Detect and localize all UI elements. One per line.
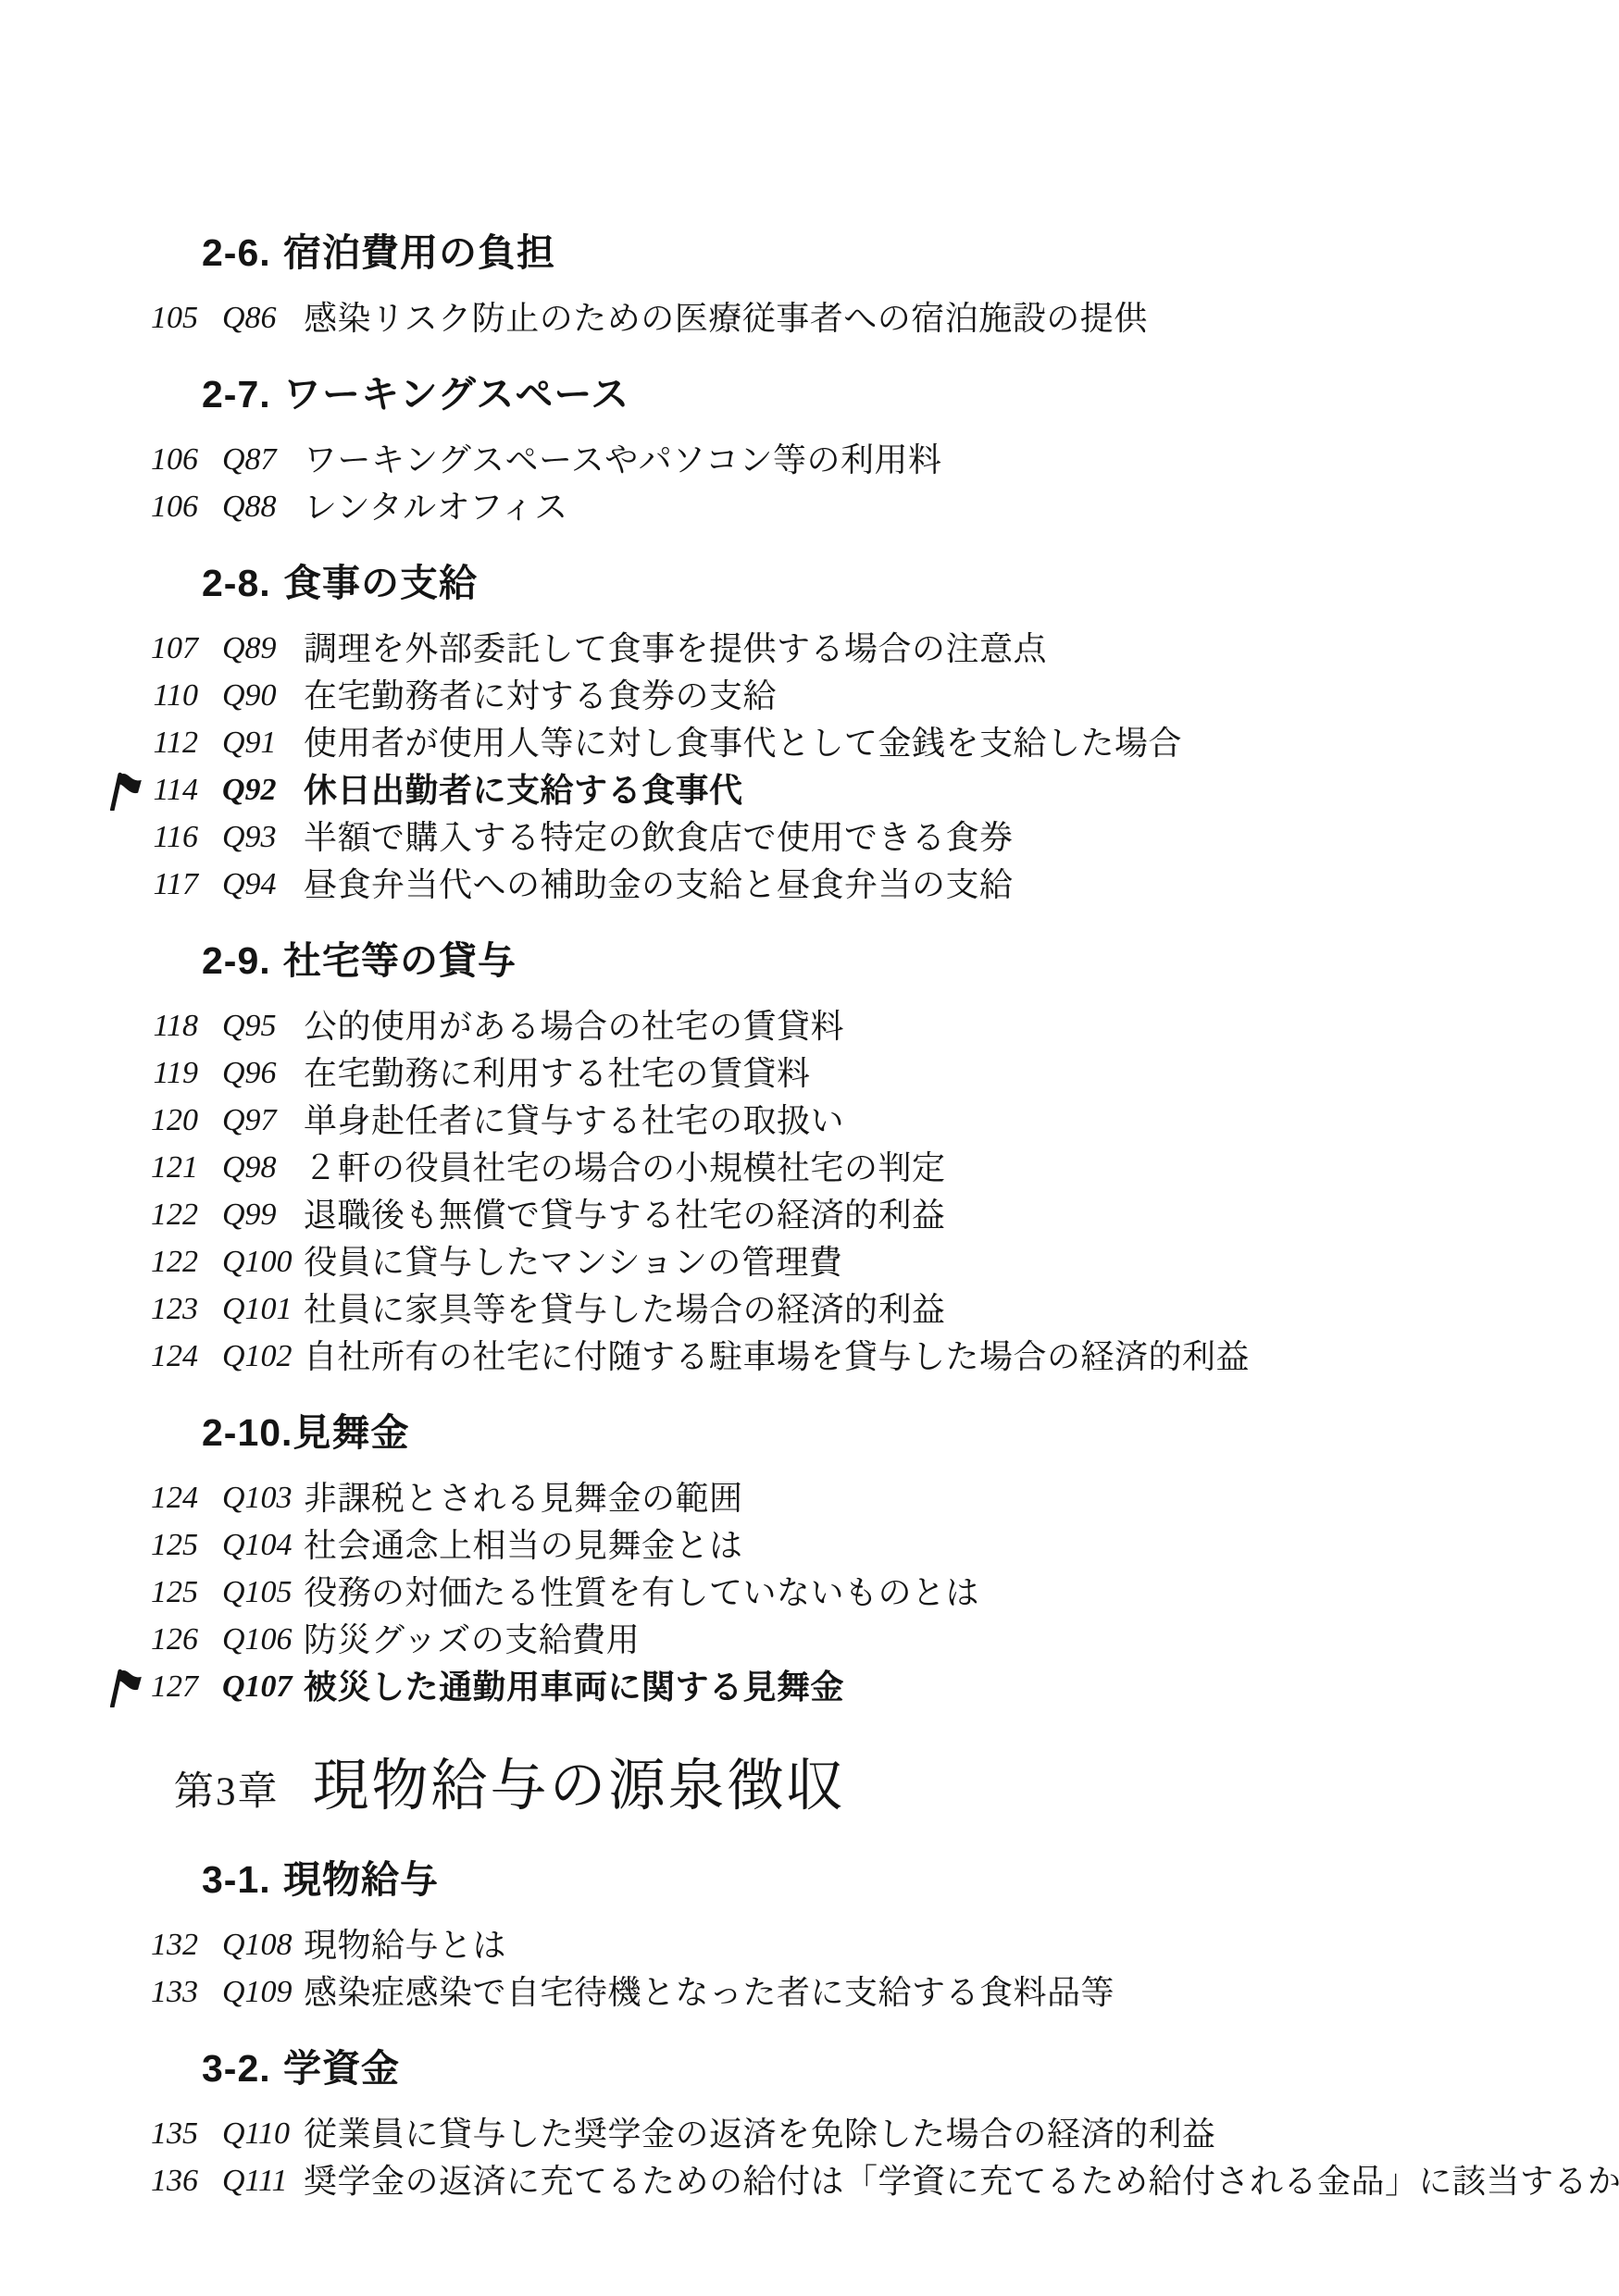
toc-entry: 110Q90在宅勤務者に対する食券の支給 bbox=[0, 672, 1619, 719]
toc-entry: 136Q111奨学金の返済に充てるための給付は「学資に充てるため給付される金品」… bbox=[0, 2157, 1619, 2204]
toc-entry: 124Q102自社所有の社宅に付随する駐車場を貸与した場合の経済的利益 bbox=[0, 1333, 1619, 1380]
book-toc-page: 2-6.宿泊費用の負担105Q86感染リスク防止のための医療従事者への宿泊施設の… bbox=[0, 0, 1619, 2296]
question-number: Q106 bbox=[222, 1616, 293, 1663]
question-number: Q108 bbox=[222, 1921, 293, 1968]
question-number: Q98 bbox=[222, 1144, 277, 1191]
toc-entry: 116Q93半額で購入する特定の飲食店で使用できる食券 bbox=[0, 813, 1619, 861]
toc-entry: 135Q110従業員に貸与した奨学金の返済を免除した場合の経済的利益 bbox=[0, 2110, 1619, 2157]
page-number: 118 bbox=[137, 1002, 198, 1049]
page-number: 112 bbox=[137, 719, 198, 766]
page-number: 125 bbox=[137, 1521, 198, 1569]
page-number: 117 bbox=[137, 861, 198, 908]
section-number: 3-1. bbox=[202, 1855, 283, 1905]
entry-title: 昼食弁当代への補助金の支給と昼食弁当の支給 bbox=[304, 861, 1014, 908]
question-number: Q101 bbox=[222, 1285, 293, 1333]
page-number: 116 bbox=[137, 813, 198, 861]
section-title: 学資金 bbox=[283, 2047, 400, 2090]
toc-entry: 123Q101社員に家具等を貸与した場合の経済的利益 bbox=[0, 1285, 1619, 1333]
chapter-title: 現物給与の源泉徴収 bbox=[313, 1756, 846, 1818]
page-number: 127 bbox=[137, 1663, 198, 1710]
toc-content: 2-6.宿泊費用の負担105Q86感染リスク防止のための医療従事者への宿泊施設の… bbox=[0, 0, 1619, 2204]
entry-title: 役務の対価たる性質を有していないものとは bbox=[304, 1569, 979, 1616]
entry-title: 社員に家具等を貸与した場合の経済的利益 bbox=[304, 1285, 946, 1333]
entry-title: ワーキングスペースやパソコン等の利用料 bbox=[304, 436, 942, 483]
section-number: 2-10. bbox=[202, 1408, 293, 1458]
section-number: 2-9. bbox=[202, 936, 283, 986]
entry-title: 被災した通勤用車両に関する見舞金 bbox=[304, 1663, 844, 1710]
question-number: Q104 bbox=[222, 1521, 293, 1569]
page-number: 125 bbox=[137, 1569, 198, 1616]
entry-title: 現物給与とは bbox=[304, 1921, 506, 1968]
toc-entry: 133Q109感染症感染で自宅待機となった者に支給する食料品等 bbox=[0, 1968, 1619, 2016]
page-number: 119 bbox=[137, 1049, 198, 1097]
section-heading: 2-8.食事の支給 bbox=[0, 558, 1619, 608]
toc-entry: 125Q104社会通念上相当の見舞金とは bbox=[0, 1521, 1619, 1569]
question-number: Q99 bbox=[222, 1191, 277, 1238]
entry-title: 在宅勤務に利用する社宅の賃貸料 bbox=[304, 1049, 811, 1097]
question-number: Q100 bbox=[222, 1238, 293, 1285]
page-number: 110 bbox=[137, 672, 198, 719]
toc-entry: 105Q86感染リスク防止のための医療従事者への宿泊施設の提供 bbox=[0, 294, 1619, 341]
toc-entry: 124Q103非課税とされる見舞金の範囲 bbox=[0, 1474, 1619, 1521]
toc-entry: 106Q88レンタルオフィス bbox=[0, 483, 1619, 530]
question-number: Q95 bbox=[222, 1002, 277, 1049]
toc-entry: 121Q98２軒の役員社宅の場合の小規模社宅の判定 bbox=[0, 1144, 1619, 1191]
question-number: Q89 bbox=[222, 625, 277, 672]
entry-title: レンタルオフィス bbox=[304, 483, 568, 530]
question-number: Q105 bbox=[222, 1569, 293, 1616]
toc-entry: 122Q100役員に貸与したマンションの管理費 bbox=[0, 1238, 1619, 1285]
section-number: 2-8. bbox=[202, 558, 283, 608]
page-number: 122 bbox=[137, 1191, 198, 1238]
section-title: ワーキングスペース bbox=[283, 373, 629, 416]
entry-title: 単身赴任者に貸与する社宅の取扱い bbox=[304, 1097, 844, 1144]
page-number: 124 bbox=[137, 1474, 198, 1521]
question-number: Q109 bbox=[222, 1968, 293, 2016]
toc-entry: 132Q108現物給与とは bbox=[0, 1921, 1619, 1968]
section-heading: 2-10.見舞金 bbox=[0, 1408, 1619, 1458]
question-number: Q92 bbox=[222, 766, 277, 813]
page-number: 133 bbox=[137, 1968, 198, 2016]
toc-entry: 106Q87ワーキングスペースやパソコン等の利用料 bbox=[0, 436, 1619, 483]
entry-title: 感染リスク防止のための医療従事者への宿泊施設の提供 bbox=[304, 294, 1148, 341]
entry-title: 在宅勤務者に対する食券の支給 bbox=[304, 672, 777, 719]
section-heading: 2-9.社宅等の貸与 bbox=[0, 936, 1619, 986]
section-title: 社宅等の貸与 bbox=[283, 939, 517, 982]
page-number: 135 bbox=[137, 2110, 198, 2157]
entry-title: 感染症感染で自宅待機となった者に支給する食料品等 bbox=[304, 1968, 1115, 2016]
toc-entry: 114Q92休日出勤者に支給する食事代 bbox=[0, 766, 1619, 813]
toc-entry: 119Q96在宅勤務に利用する社宅の賃貸料 bbox=[0, 1049, 1619, 1097]
toc-entry: 126Q106防災グッズの支給費用 bbox=[0, 1616, 1619, 1663]
entry-title: 防災グッズの支給費用 bbox=[304, 1616, 640, 1663]
entry-title: 休日出勤者に支給する食事代 bbox=[304, 766, 743, 813]
page-number: 124 bbox=[137, 1333, 198, 1380]
page-number: 120 bbox=[137, 1097, 198, 1144]
question-number: Q102 bbox=[222, 1333, 293, 1380]
page-number: 126 bbox=[137, 1616, 198, 1663]
section-number: 2-7. bbox=[202, 369, 283, 419]
page-number: 105 bbox=[137, 294, 198, 341]
toc-entry: 127Q107被災した通勤用車両に関する見舞金 bbox=[0, 1663, 1619, 1710]
section-heading: 3-1.現物給与 bbox=[0, 1855, 1619, 1905]
page-number: 132 bbox=[137, 1921, 198, 1968]
section-title: 食事の支給 bbox=[283, 562, 478, 604]
toc-entry: 112Q91使用者が使用人等に対し食事代として金銭を支給した場合 bbox=[0, 719, 1619, 766]
page-number: 122 bbox=[137, 1238, 198, 1285]
entry-title: 使用者が使用人等に対し食事代として金銭を支給した場合 bbox=[304, 719, 1182, 766]
question-number: Q90 bbox=[222, 672, 277, 719]
entry-title: 非課税とされる見舞金の範囲 bbox=[304, 1474, 743, 1521]
page-number: 106 bbox=[137, 436, 198, 483]
question-number: Q86 bbox=[222, 294, 277, 341]
entry-title: 退職後も無償で貸与する社宅の経済的利益 bbox=[304, 1191, 946, 1238]
toc-entry: 125Q105役務の対価たる性質を有していないものとは bbox=[0, 1569, 1619, 1616]
chapter-heading: 第3章現物給与の源泉徴収 bbox=[0, 1747, 1619, 1827]
section-title: 見舞金 bbox=[293, 1411, 409, 1454]
toc-entry: 117Q94昼食弁当代への補助金の支給と昼食弁当の支給 bbox=[0, 861, 1619, 908]
toc-entry: 118Q95公的使用がある場合の社宅の賃貸料 bbox=[0, 1002, 1619, 1049]
entry-title: 公的使用がある場合の社宅の賃貸料 bbox=[304, 1002, 844, 1049]
section-heading: 2-6.宿泊費用の負担 bbox=[0, 228, 1619, 278]
page-number: 106 bbox=[137, 483, 198, 530]
entry-title: 役員に貸与したマンションの管理費 bbox=[304, 1238, 842, 1285]
page-number: 107 bbox=[137, 625, 198, 672]
entry-title: 半額で購入する特定の飲食店で使用できる食券 bbox=[304, 813, 1014, 861]
question-number: Q96 bbox=[222, 1049, 277, 1097]
toc-entry: 122Q99退職後も無償で貸与する社宅の経済的利益 bbox=[0, 1191, 1619, 1238]
toc-entry: 120Q97単身赴任者に貸与する社宅の取扱い bbox=[0, 1097, 1619, 1144]
page-number: 123 bbox=[137, 1285, 198, 1333]
question-number: Q111 bbox=[222, 2157, 288, 2204]
section-title: 宿泊費用の負担 bbox=[283, 231, 555, 274]
page-number: 114 bbox=[137, 766, 198, 813]
question-number: Q93 bbox=[222, 813, 277, 861]
question-number: Q88 bbox=[222, 483, 277, 530]
page-number: 136 bbox=[137, 2157, 198, 2204]
question-number: Q87 bbox=[222, 436, 277, 483]
page-number: 121 bbox=[137, 1144, 198, 1191]
section-heading: 3-2.学資金 bbox=[0, 2043, 1619, 2093]
section-number: 3-2. bbox=[202, 2043, 283, 2093]
entry-title: ２軒の役員社宅の場合の小規模社宅の判定 bbox=[304, 1144, 946, 1191]
question-number: Q110 bbox=[222, 2110, 290, 2157]
question-number: Q94 bbox=[222, 861, 277, 908]
question-number: Q107 bbox=[222, 1663, 293, 1710]
question-number: Q91 bbox=[222, 719, 277, 766]
entry-title: 自社所有の社宅に付随する駐車場を貸与した場合の経済的利益 bbox=[304, 1333, 1250, 1380]
entry-title: 調理を外部委託して食事を提供する場合の注意点 bbox=[304, 625, 1047, 672]
entry-title: 従業員に貸与した奨学金の返済を免除した場合の経済的利益 bbox=[304, 2110, 1216, 2157]
chapter-number-label: 第3章 bbox=[174, 1770, 280, 1814]
toc-entry: 107Q89調理を外部委託して食事を提供する場合の注意点 bbox=[0, 625, 1619, 672]
entry-title: 奨学金の返済に充てるための給付は「学資に充てるため給付される金品」に該当するか bbox=[304, 2157, 1619, 2204]
section-number: 2-6. bbox=[202, 228, 283, 278]
section-heading: 2-7.ワーキングスペース bbox=[0, 369, 1619, 419]
question-number: Q103 bbox=[222, 1474, 293, 1521]
question-number: Q97 bbox=[222, 1097, 277, 1144]
entry-title: 社会通念上相当の見舞金とは bbox=[304, 1521, 743, 1569]
section-title: 現物給与 bbox=[283, 1858, 439, 1901]
